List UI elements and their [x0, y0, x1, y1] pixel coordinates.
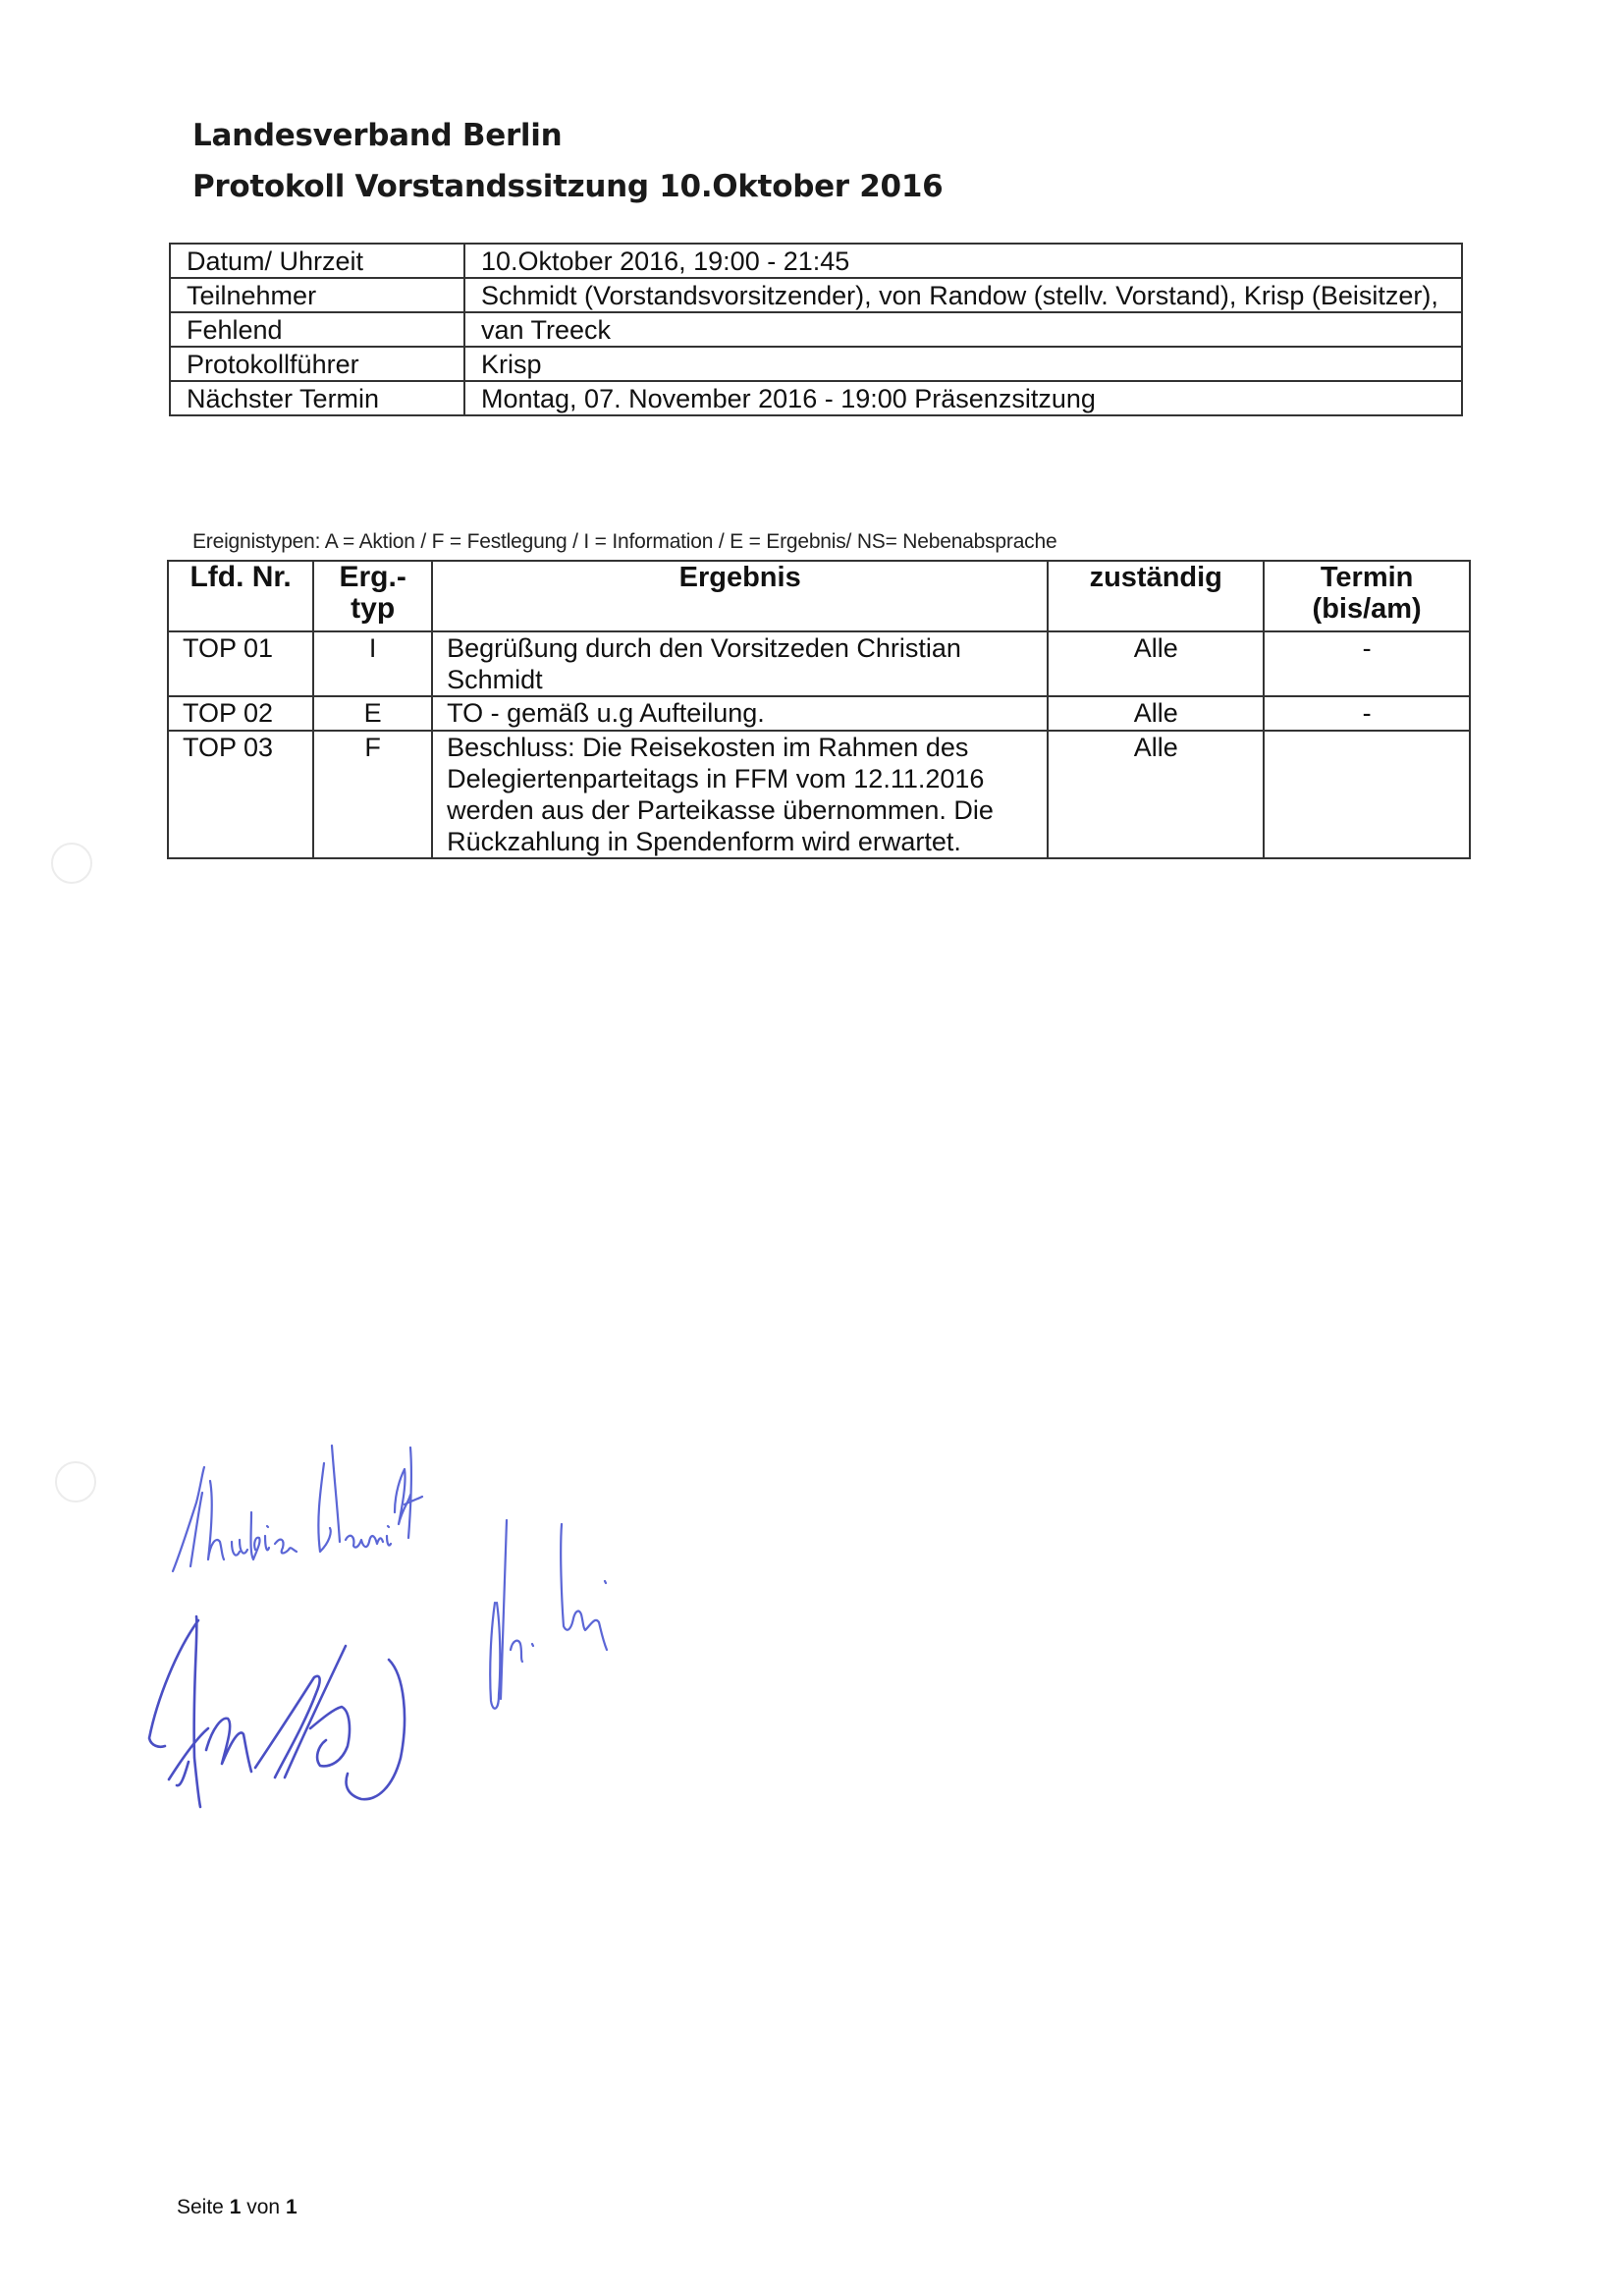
punch-hole-mark	[55, 1461, 96, 1503]
meta-value: Schmidt (Vorstandsvorsitzender), von Ran…	[464, 278, 1462, 312]
meta-value: van Treeck	[464, 312, 1462, 347]
page-footer: Seite 1 von 1	[177, 2196, 298, 2219]
punch-hole-mark	[51, 843, 92, 884]
cell-ergebnis: Begrüßung durch den Vorsitzeden Christia…	[432, 631, 1048, 696]
meta-label: Datum/ Uhrzeit	[170, 244, 464, 278]
meta-label: Nächster Termin	[170, 381, 464, 415]
meta-row: Nächster Termin Montag, 07. November 201…	[170, 381, 1462, 415]
meta-value: 10.Oktober 2016, 19:00 - 21:45	[464, 244, 1462, 278]
footer-page-total: 1	[286, 2196, 298, 2218]
organization-title: Landesverband Berlin	[192, 110, 943, 161]
meta-row: Fehlend van Treeck	[170, 312, 1462, 347]
meta-label: Fehlend	[170, 312, 464, 347]
document-header: Landesverband Berlin Protokoll Vorstands…	[192, 110, 943, 212]
cell-zustaendig: Alle	[1048, 631, 1264, 696]
table-row: TOP 02 E TO - gemäß u.g Aufteilung. Alle…	[168, 696, 1470, 731]
agenda-items-table: Lfd. Nr. Erg.- typ Ergebnis zuständig Te…	[167, 560, 1471, 859]
cell-typ: E	[313, 696, 432, 731]
cell-typ: I	[313, 631, 432, 696]
footer-page-number: 1	[230, 2196, 242, 2218]
table-row: TOP 01 I Begrüßung durch den Vorsitzeden…	[168, 631, 1470, 696]
column-header-ergebnis: Ergebnis	[432, 561, 1048, 631]
table-row: TOP 03 F Beschluss: Die Reisekosten im R…	[168, 731, 1470, 858]
meta-label: Teilnehmer	[170, 278, 464, 312]
cell-termin: -	[1264, 696, 1470, 731]
column-header-termin: Termin (bis/am)	[1264, 561, 1470, 631]
footer-prefix: Seite	[177, 2196, 224, 2218]
meta-row: Teilnehmer Schmidt (Vorstandsvorsitzende…	[170, 278, 1462, 312]
table-header-row: Lfd. Nr. Erg.- typ Ergebnis zuständig Te…	[168, 561, 1470, 631]
column-header-nr: Lfd. Nr.	[168, 561, 313, 631]
footer-middle: von	[246, 2196, 280, 2218]
meta-value: Montag, 07. November 2016 - 19:00 Präsen…	[464, 381, 1462, 415]
column-header-typ: Erg.- typ	[313, 561, 432, 631]
signature-von-randow	[149, 1616, 405, 1807]
signatures-area	[137, 1434, 1316, 1846]
meta-table: Datum/ Uhrzeit 10.Oktober 2016, 19:00 - …	[169, 243, 1463, 416]
meta-row: Datum/ Uhrzeit 10.Oktober 2016, 19:00 - …	[170, 244, 1462, 278]
cell-zustaendig: Alle	[1048, 696, 1264, 731]
cell-nr: TOP 02	[168, 696, 313, 731]
meta-row: Protokollführer Krisp	[170, 347, 1462, 381]
cell-termin	[1264, 731, 1470, 858]
signature-krisp	[490, 1520, 607, 1709]
cell-nr: TOP 01	[168, 631, 313, 696]
cell-typ: F	[313, 731, 432, 858]
document-title: Protokoll Vorstandssitzung 10.Oktober 20…	[192, 161, 943, 212]
cell-ergebnis: Beschluss: Die Reisekosten im Rahmen des…	[432, 731, 1048, 858]
cell-zustaendig: Alle	[1048, 731, 1264, 858]
cell-termin: -	[1264, 631, 1470, 696]
event-type-legend: Ereignistypen: A = Aktion / F = Festlegu…	[192, 530, 1056, 554]
meta-value: Krisp	[464, 347, 1462, 381]
signature-christian-schmidt	[173, 1446, 422, 1571]
column-header-zustaendig: zuständig	[1048, 561, 1264, 631]
meta-label: Protokollführer	[170, 347, 464, 381]
cell-ergebnis: TO - gemäß u.g Aufteilung.	[432, 696, 1048, 731]
cell-nr: TOP 03	[168, 731, 313, 858]
